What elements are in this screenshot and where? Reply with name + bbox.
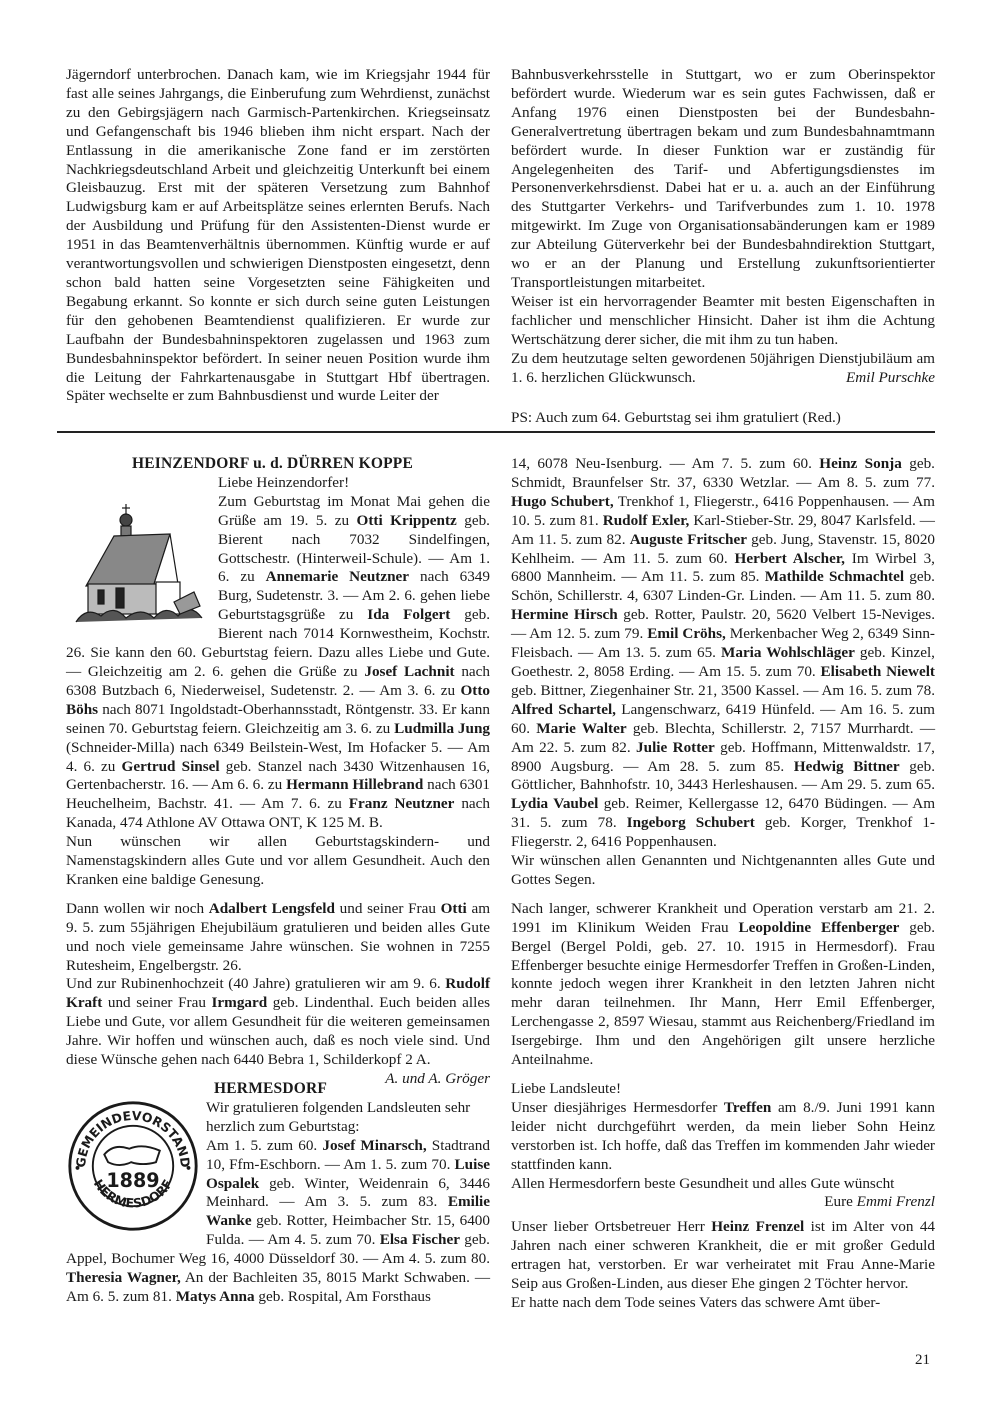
continuation-paragraph: Er hatte nach dem Tode seines Vaters das… (511, 1294, 935, 1313)
person-name: Josef Minarsch, (322, 1137, 426, 1154)
greeting: Liebe Landsleute! (511, 1080, 935, 1099)
person-name: Hermann Hillebrand (286, 776, 423, 793)
signature: A. und A. Gröger (385, 1070, 490, 1089)
person-name: Otti Krippentz (357, 512, 457, 529)
church-illustration (66, 474, 218, 626)
person-name: Rudolf Exler, (603, 512, 690, 529)
bottom-left-column: HEINZENDORF u. d. DÜRREN KOPPE Liebe Hei… (66, 455, 490, 1307)
bottom-right-column: 14, 6078 Neu-Isenburg. — Am 7. 5. zum 60… (511, 455, 935, 1313)
closing-signature: Eure Emmi Frenzl (511, 1193, 935, 1212)
person-name: Franz Neutzner (349, 795, 455, 812)
svg-text:1889: 1889 (106, 1169, 159, 1192)
person-name: Hedwig Bittner (794, 758, 900, 775)
person-name: Elisabeth Niewelt (821, 663, 935, 680)
ruby-wedding-paragraph: Und zur Rubinenhochzeit (40 Jahre) gratu… (66, 975, 490, 1070)
person-name: Marie Walter (536, 720, 626, 737)
closing-line: Allen Hermesdorfern beste Gesundheit und… (511, 1175, 935, 1194)
person-name: Julie Rotter (636, 739, 715, 756)
person-name: Lydia Vaubel (511, 795, 598, 812)
anniversary-paragraph: Dann wollen wir noch Adalbert Lengsfeld … (66, 900, 490, 976)
person-name: Herbert Alscher, (735, 550, 845, 567)
meeting-paragraph: Unser diesjähriges Hermesdorfer Treffen … (511, 1099, 935, 1175)
person-name: Theresia Wagner, (66, 1269, 181, 1286)
signature: Emmi Frenzl (857, 1193, 935, 1210)
person-name: Ida Folgert (367, 606, 450, 623)
person-name: Maria Wohlschläger (721, 644, 855, 661)
seal-icon: GEMEINDEVORSTAND HERMESDORF 1889 (66, 1099, 200, 1233)
postscript: PS: Auch zum 64. Geburtstag sei ihm grat… (511, 409, 935, 428)
obituary-paragraph: Nach langer, schwerer Krankheit und Oper… (511, 900, 935, 1070)
person-name: Heinz Frenzel (711, 1218, 804, 1235)
meeting-label: Treffen (724, 1099, 772, 1116)
person-name: Matys Anna (176, 1288, 255, 1305)
person-name: Hermine Hirsch (511, 606, 618, 623)
article-paragraph: Jägerndorf unterbrochen. Danach kam, wie… (66, 66, 490, 406)
person-name: Emil Cröhs, (647, 625, 726, 642)
obituary-paragraph: Unser lieber Ortsbetreuer Herr Heinz Fre… (511, 1218, 935, 1294)
article-paragraph: Weiser ist ein hervorragender Beamter mi… (511, 293, 935, 350)
person-name: Leopoldine Effenberger (739, 919, 900, 936)
person-name: Annemarie Neutzner (266, 568, 409, 585)
church-icon (66, 474, 216, 624)
top-right-column: Bahnbusverkehrsstelle in Stuttgart, wo e… (511, 66, 935, 428)
birthday-list-right: 14, 6078 Neu-Isenburg. — Am 7. 5. zum 60… (511, 455, 935, 852)
person-name: Hugo Schubert, (511, 493, 614, 510)
wishes-paragraph: Nun wünschen wir allen Geburtstagskinder… (66, 833, 490, 890)
page-number: 21 (915, 1352, 930, 1369)
person-name: Gertrud Sinsel (122, 758, 220, 775)
person-name: Alfred Schartel, (511, 701, 616, 718)
article-paragraph: Bahnbusverkehrsstelle in Stuttgart, wo e… (511, 66, 935, 293)
community-seal: GEMEINDEVORSTAND HERMESDORF 1889 (66, 1099, 206, 1249)
person-name: Otti (441, 900, 467, 917)
person-name: Auguste Fritscher (630, 531, 747, 548)
article-paragraph: Zu dem heutzutage selten gewordenen 50jä… (511, 350, 935, 388)
person-name: Josef Lachnit (364, 663, 454, 680)
person-name: Adalbert Lengsfeld (209, 900, 335, 917)
signature: Emil Purschke (846, 369, 935, 388)
section-heading-heinzendorf: HEINZENDORF u. d. DÜRREN KOPPE (92, 455, 490, 474)
person-name: Mathilde Schmachtel (765, 568, 904, 585)
top-left-column: Jägerndorf unterbrochen. Danach kam, wie… (66, 66, 490, 406)
section-divider (57, 431, 935, 433)
person-name: Irmgard (212, 994, 268, 1011)
person-name: Ingeborg Schubert (627, 814, 755, 831)
person-name: Heinz Sonja (819, 455, 902, 472)
person-name: Ludmilla Jung (394, 720, 490, 737)
person-name: Elsa Fischer (380, 1231, 460, 1248)
wishes-paragraph: Wir wünschen allen Genannten und Nichtge… (511, 852, 935, 890)
